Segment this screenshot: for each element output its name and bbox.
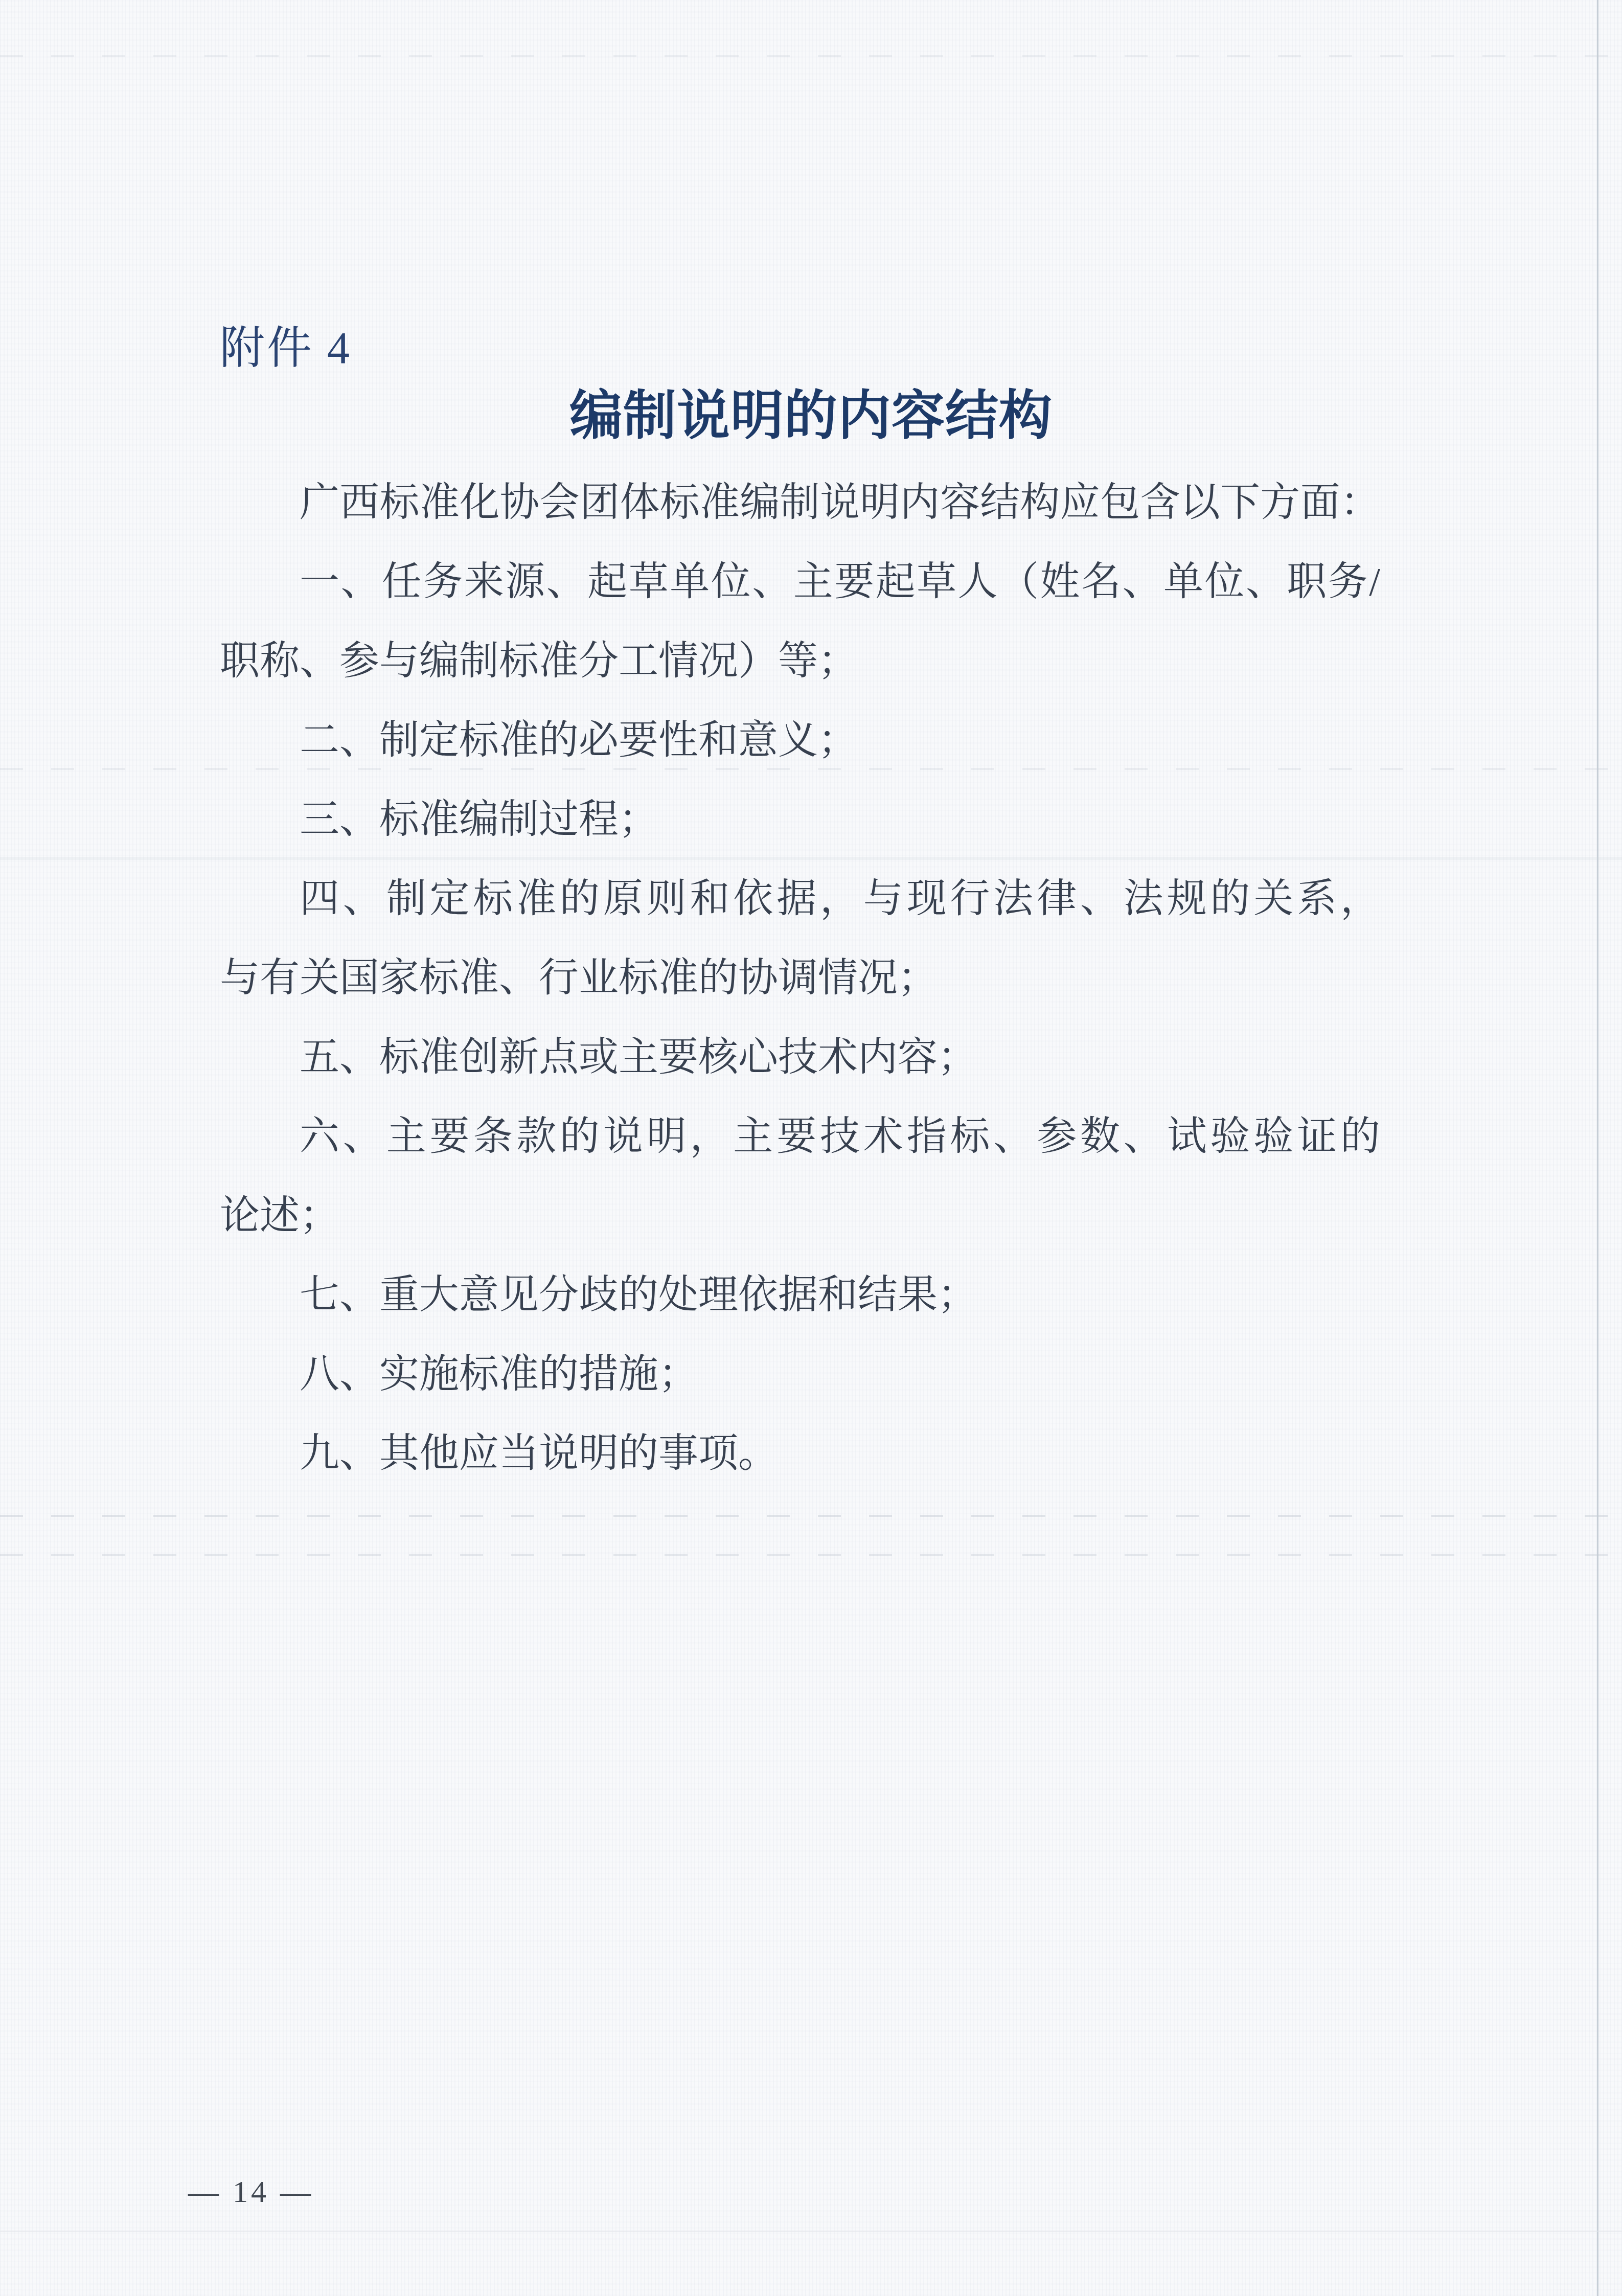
document-body: 广西标准化协会团体标准编制说明内容结构应包含以下方面： 一、任务来源、起草单位、… bbox=[220, 463, 1380, 1493]
scan-artifact-line bbox=[0, 55, 1622, 57]
body-line-item5: 五、标准创新点或主要核心技术内容； bbox=[220, 1017, 1380, 1097]
body-line-item1-cont: 职称、参与编制标准分工情况）等； bbox=[220, 621, 1380, 700]
body-line-item4-cont: 与有关国家标准、行业标准的协调情况； bbox=[220, 938, 1380, 1017]
scan-artifact-line bbox=[0, 1554, 1622, 1556]
body-line-item3: 三、标准编制过程； bbox=[220, 780, 1380, 859]
body-line-item4: 四、制定标准的原则和依据，与现行法律、法规的关系， bbox=[220, 859, 1380, 938]
document-title: 编制说明的内容结构 bbox=[0, 382, 1622, 451]
body-line-item1: 一、任务来源、起草单位、主要起草人（姓名、单位、职务/ bbox=[220, 542, 1380, 621]
scan-artifact-line bbox=[0, 1515, 1622, 1517]
body-line-item6-cont: 论述； bbox=[220, 1176, 1380, 1255]
scan-artifact-line bbox=[0, 857, 1622, 860]
body-line-intro: 广西标准化协会团体标准编制说明内容结构应包含以下方面： bbox=[220, 463, 1380, 542]
body-line-item7: 七、重大意见分歧的处理依据和结果； bbox=[220, 1255, 1380, 1334]
scan-edge-line bbox=[1597, 0, 1598, 2296]
scan-artifact-line bbox=[0, 2231, 1622, 2232]
page-number: — 14 — bbox=[188, 2174, 314, 2210]
body-line-item9: 九、其他应当说明的事项。 bbox=[220, 1414, 1380, 1493]
scanned-document-page: 附件 4 编制说明的内容结构 广西标准化协会团体标准编制说明内容结构应包含以下方… bbox=[0, 0, 1622, 2296]
body-line-item6: 六、主要条款的说明，主要技术指标、参数、试验验证的 bbox=[220, 1097, 1380, 1176]
body-line-item8: 八、实施标准的措施； bbox=[220, 1334, 1380, 1414]
scan-artifact-line bbox=[0, 768, 1622, 770]
attachment-label: 附件 4 bbox=[220, 323, 352, 374]
